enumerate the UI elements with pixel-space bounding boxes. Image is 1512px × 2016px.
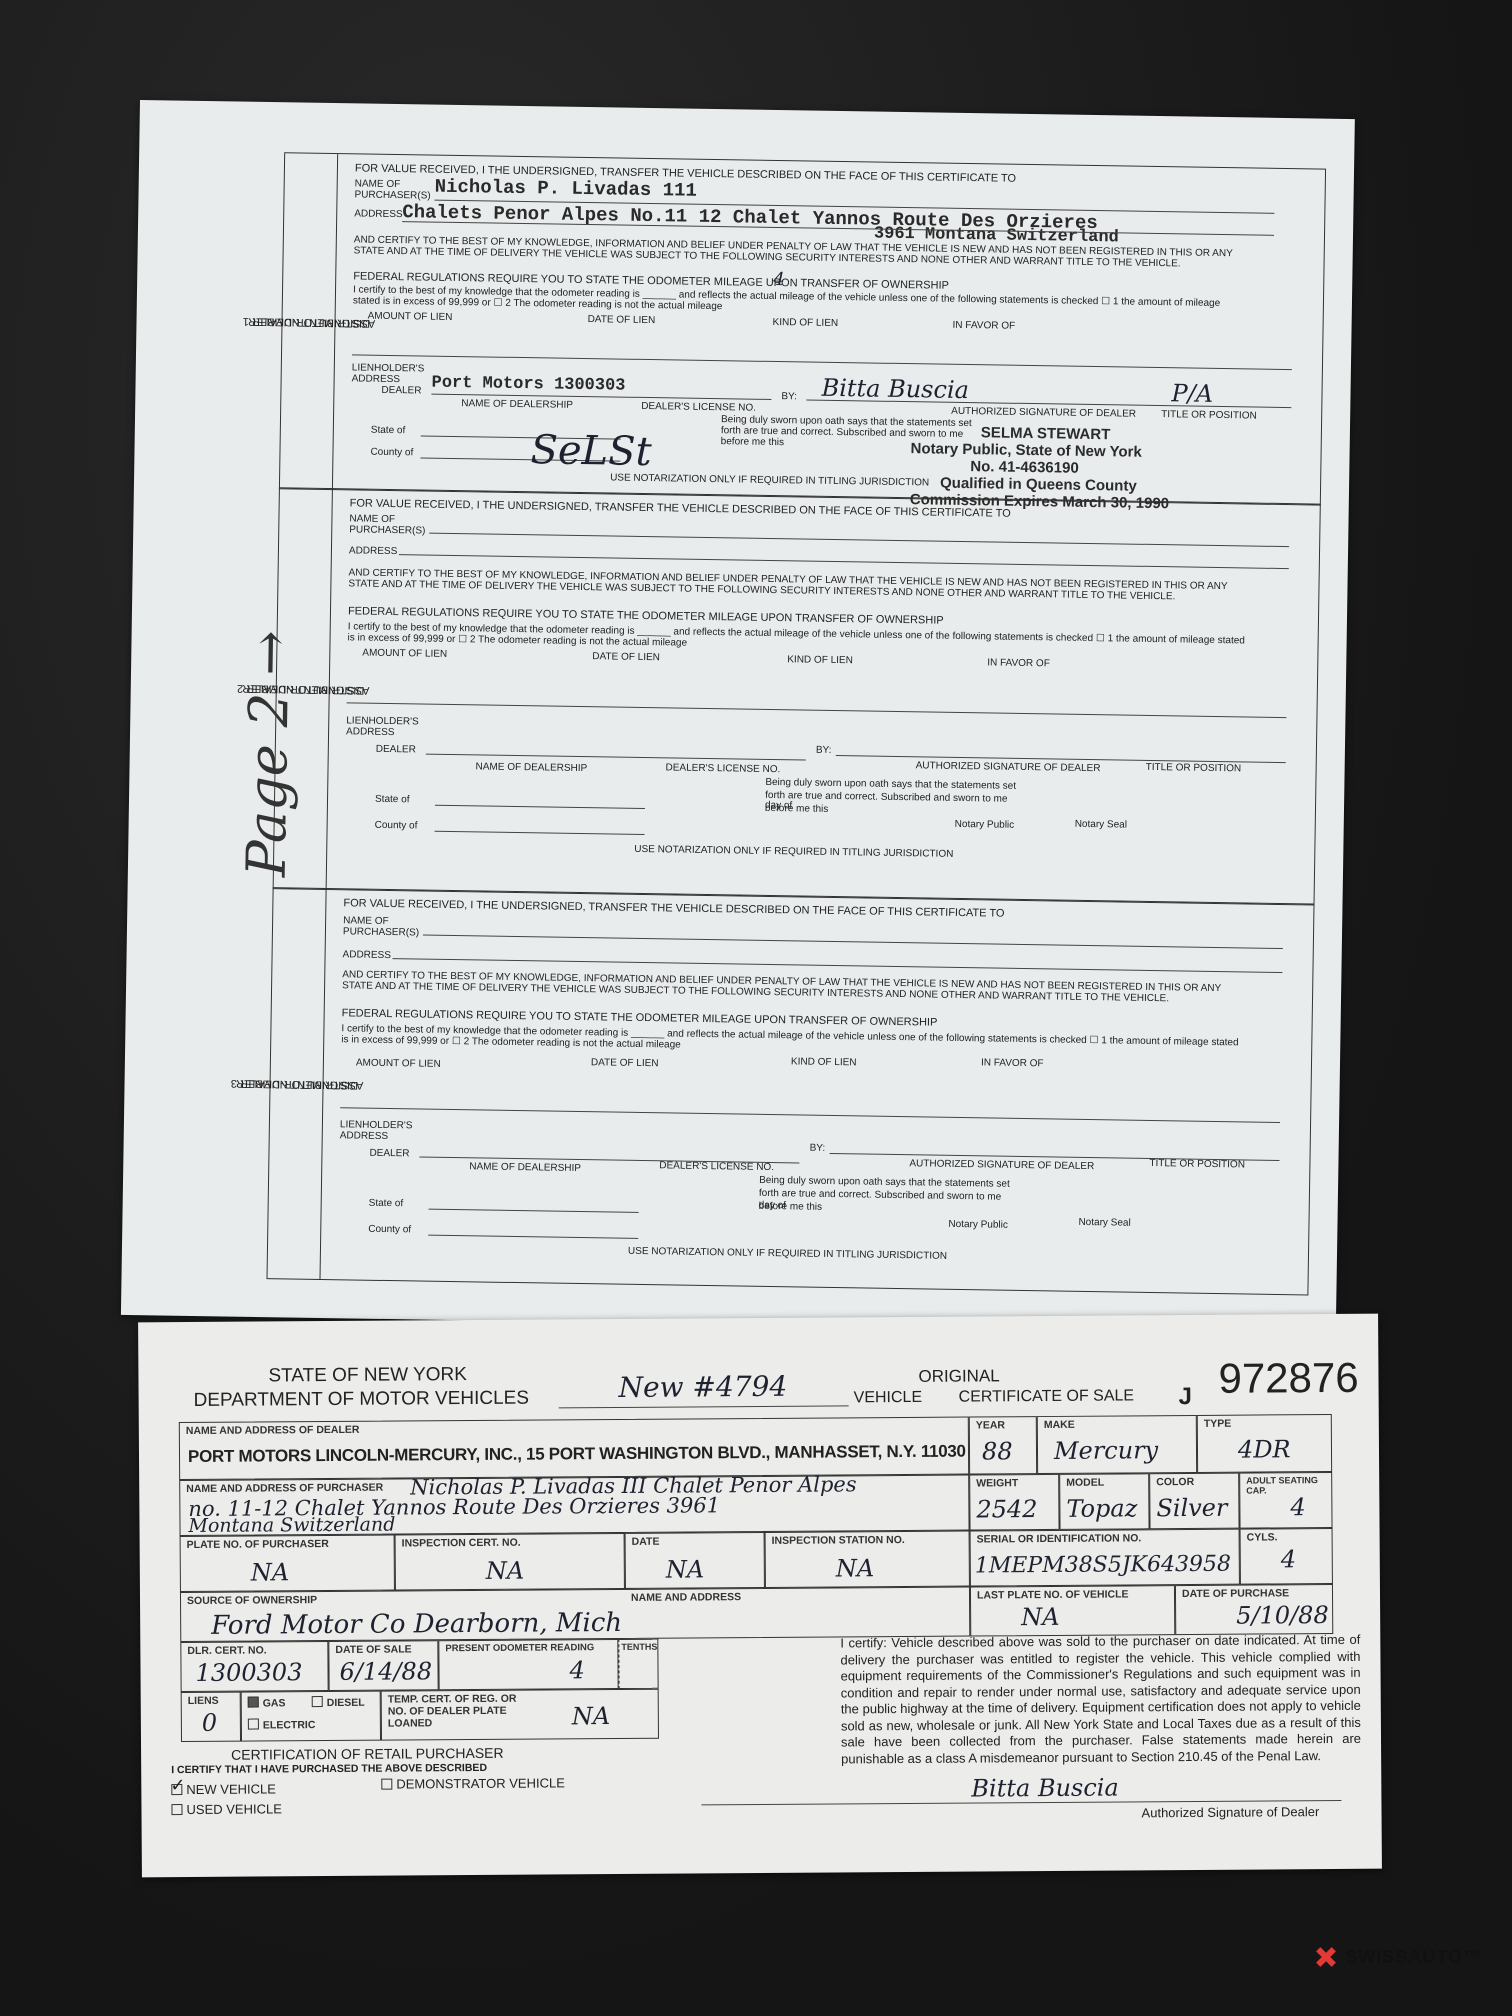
state-of-label: State of bbox=[371, 425, 406, 437]
last-plate-cell: LAST PLATE NO. OF VEHICLE NA bbox=[970, 1585, 1175, 1636]
state-heading: STATE OF NEW YORK bbox=[268, 1364, 467, 1387]
name-of-dealership-label: NAME OF DEALERSHIP bbox=[475, 761, 587, 774]
assignment-side-label: DISTRIBUTOR-DEALERASSIGNMENT NUMBER 1 bbox=[280, 153, 338, 489]
cylinders-cell: CYLS. 4 bbox=[1240, 1528, 1333, 1585]
assignment-side-label: DISTRIBUTOR-DEALERASSIGNMENT NUMBER 3 bbox=[268, 888, 327, 1279]
department-heading: DEPARTMENT OF MOTOR VEHICLES bbox=[194, 1388, 530, 1412]
state-of-label: State of bbox=[369, 1198, 404, 1210]
notary-seal-label: Notary Seal bbox=[1075, 819, 1127, 831]
by-label: BY: bbox=[810, 1143, 826, 1154]
name-of-dealership-label: NAME OF DEALERSHIP bbox=[469, 1161, 581, 1174]
dealer-cert-value[interactable]: 1300303 bbox=[195, 1658, 302, 1687]
make-cell: MAKE Mercury bbox=[1037, 1415, 1197, 1474]
lien-amount-header: AMOUNT OF LIEN bbox=[356, 1058, 441, 1070]
county-of-label: County of bbox=[368, 1224, 411, 1236]
dealer-license-label: DEALER'S LICENSE NO. bbox=[665, 762, 780, 775]
authorized-signature-label: AUTHORIZED SIGNATURE OF DEALER bbox=[916, 760, 1101, 774]
date-cell: DATE NA bbox=[625, 1532, 765, 1589]
county-of-label: County of bbox=[370, 447, 413, 459]
day-of-label: day of bbox=[759, 1200, 786, 1211]
odometer-certify-text: I certify to the best of my knowledge th… bbox=[341, 1023, 1241, 1059]
notarization-note: USE NOTARIZATION ONLY IF REQUIRED IN TIT… bbox=[610, 472, 929, 488]
model-value[interactable]: Topaz bbox=[1066, 1494, 1137, 1522]
fuel-gas-checkbox[interactable]: GAS bbox=[248, 1696, 286, 1709]
assignment-3: DISTRIBUTOR-DEALERASSIGNMENT NUMBER 3 FO… bbox=[266, 887, 1314, 1295]
dealer-cert-cell: DLR. CERT. NO. 1300303 bbox=[180, 1641, 328, 1692]
handwritten-stock-number[interactable]: New #4794 bbox=[618, 1370, 787, 1404]
liens-value[interactable]: 0 bbox=[202, 1709, 217, 1737]
new-vehicle-checkbox[interactable]: ✓NEW VEHICLE bbox=[171, 1781, 276, 1797]
inspection-station-cell: INSPECTION STATION NO. NA bbox=[765, 1531, 970, 1588]
dealer-signature-label: Authorized Signature of Dealer bbox=[1141, 1804, 1319, 1820]
color-cell: COLOR Silver bbox=[1149, 1473, 1239, 1530]
purchaser-name-label: NAME OF PURCHASER(S) bbox=[343, 915, 418, 938]
swissauto-watermark: SWISSAUTO™ bbox=[1315, 1946, 1482, 1968]
temp-cert-cell: TEMP. CERT. OF REG. OR NO. OF DEALER PLA… bbox=[381, 1689, 659, 1741]
lienholder-label: LIENHOLDER'S ADDRESS bbox=[352, 362, 432, 385]
assignment-page: Page 2 → DISTRIBUTOR-DEALERASSIGNMENT NU… bbox=[121, 100, 1355, 1334]
authorized-signature-label: AUTHORIZED SIGNATURE OF DEALER bbox=[909, 1158, 1094, 1172]
original-label: ORIGINAL bbox=[918, 1366, 999, 1387]
dealer-license-label: DEALER'S LICENSE NO. bbox=[641, 401, 756, 414]
retail-certification-subtitle: I CERTIFY THAT I HAVE PURCHASED THE ABOV… bbox=[171, 1762, 487, 1776]
tenths-cell: TENTHS bbox=[618, 1639, 658, 1689]
dealer-cell: NAME AND ADDRESS OF DEALER PORT MOTORS L… bbox=[179, 1417, 969, 1481]
county-of-field[interactable] bbox=[428, 1235, 638, 1239]
odometer-value[interactable]: 4 bbox=[569, 1656, 584, 1684]
liens-cell: LIENS 0 bbox=[181, 1692, 241, 1742]
lien-amount-header: AMOUNT OF LIEN bbox=[368, 311, 453, 323]
county-of-label: County of bbox=[375, 820, 418, 832]
lien-date-header: DATE OF LIEN bbox=[591, 1057, 659, 1069]
lien-favor-header: IN FAVOR OF bbox=[952, 320, 1015, 332]
lien-kind-header: KIND OF LIEN bbox=[772, 317, 838, 329]
lien-amount-header: AMOUNT OF LIEN bbox=[362, 648, 447, 660]
purchaser-line3[interactable]: Montana Switzerland bbox=[188, 1514, 395, 1537]
date-value[interactable]: NA bbox=[666, 1555, 705, 1583]
intro-text: FOR VALUE RECEIVED, I THE UNDERSIGNED, T… bbox=[343, 897, 1004, 919]
lienholder-label: LIENHOLDER'S ADDRESS bbox=[346, 715, 426, 738]
odometer-certify-text: I certify to the best of my knowledge th… bbox=[353, 284, 1233, 320]
state-of-field[interactable] bbox=[435, 805, 645, 809]
seating-cell: ADULT SEATING CAP. 4 bbox=[1239, 1472, 1332, 1529]
plate-value[interactable]: NA bbox=[251, 1558, 290, 1586]
type-cell: TYPE 4DR bbox=[1197, 1414, 1332, 1473]
assignment-1: DISTRIBUTOR-DEALERASSIGNMENT NUMBER 1 FO… bbox=[279, 152, 1326, 505]
inspection-station-value[interactable]: NA bbox=[836, 1554, 875, 1582]
certify-text: AND CERTIFY TO THE BEST OF MY KNOWLEDGE,… bbox=[342, 969, 1242, 1005]
certificate-serial-number: 972876 bbox=[1218, 1354, 1358, 1403]
dealer-name-address: PORT MOTORS LINCOLN-MERCURY, INC., 15 PO… bbox=[188, 1442, 966, 1467]
lien-kind-header: KIND OF LIEN bbox=[787, 654, 853, 666]
lien-date-header: DATE OF LIEN bbox=[588, 314, 656, 326]
model-cell: MODEL Topaz bbox=[1059, 1473, 1149, 1530]
fuel-diesel-checkbox[interactable]: DIESEL bbox=[312, 1696, 365, 1709]
dealer-label: DEALER bbox=[376, 744, 416, 756]
address-field[interactable] bbox=[393, 958, 1283, 973]
lien-favor-header: IN FAVOR OF bbox=[987, 657, 1050, 669]
dealer-signature[interactable]: Bitta Buscia bbox=[971, 1774, 1119, 1803]
by-label: BY: bbox=[816, 745, 832, 756]
purchaser-name-field[interactable] bbox=[429, 533, 1289, 548]
odometer-cell: PRESENT ODOMETER READING 4 bbox=[438, 1639, 618, 1690]
color-value[interactable]: Silver bbox=[1156, 1494, 1227, 1522]
vehicle-label: VEHICLE bbox=[854, 1389, 923, 1407]
dealer-label: DEALER bbox=[369, 1148, 409, 1160]
fuel-type-cell: GAS DIESEL ELECTRIC bbox=[241, 1691, 381, 1742]
serial-prefix: J bbox=[1179, 1383, 1193, 1411]
intro-text: FOR VALUE RECEIVED, I THE UNDERSIGNED, T… bbox=[350, 497, 1011, 519]
sale-date-value[interactable]: 6/14/88 bbox=[339, 1657, 432, 1686]
last-plate-value[interactable]: NA bbox=[1021, 1603, 1060, 1631]
dealer-value[interactable]: Port Motors 1300303 bbox=[431, 374, 625, 396]
sworn-text: Being duly sworn upon oath says that the… bbox=[765, 776, 1026, 819]
address-label: ADDRESS bbox=[354, 208, 403, 220]
purchase-date-cell: DATE OF PURCHASE 5/10/88 bbox=[1175, 1584, 1333, 1635]
demonstrator-vehicle-checkbox[interactable]: DEMONSTRATOR VEHICLE bbox=[381, 1775, 565, 1791]
county-of-field[interactable] bbox=[435, 831, 645, 835]
certificate-title: CERTIFICATE OF SALE bbox=[959, 1387, 1135, 1406]
seating-value[interactable]: 4 bbox=[1290, 1493, 1305, 1521]
assignment-side-label: DISTRIBUTOR-DEALERASSIGNMENT NUMBER 2 bbox=[274, 488, 333, 889]
purchaser-name-label: NAME OF PURCHASER(S) bbox=[354, 178, 429, 201]
name-of-dealership-label: NAME OF DEALERSHIP bbox=[461, 398, 573, 411]
cylinders-value[interactable]: 4 bbox=[1281, 1545, 1296, 1573]
odometer-certify-text: I certify to the best of my knowledge th… bbox=[347, 621, 1247, 657]
day-of-label: day of bbox=[765, 800, 792, 811]
lien-kind-header: KIND OF LIEN bbox=[791, 1056, 857, 1068]
title-position-label: TITLE OR POSITION bbox=[1146, 762, 1242, 774]
inspection-cert-value[interactable]: NA bbox=[486, 1557, 525, 1585]
weight-cell: WEIGHT 2542 bbox=[969, 1474, 1059, 1531]
state-of-label: State of bbox=[375, 794, 410, 806]
dealer-license-label: DEALER'S LICENSE NO. bbox=[659, 1160, 774, 1173]
state-of-field[interactable] bbox=[429, 1209, 639, 1213]
plate-cell: PLATE NO. OF PURCHASER NA bbox=[180, 1535, 395, 1592]
source-value[interactable]: Ford Motor Co Dearborn, Mich bbox=[211, 1608, 622, 1641]
certificate-of-sale: STATE OF NEW YORK DEPARTMENT OF MOTOR VE… bbox=[138, 1314, 1382, 1878]
swissauto-logo-icon bbox=[1311, 1941, 1342, 1972]
address-label: ADDRESS bbox=[349, 545, 398, 557]
by-label: BY: bbox=[781, 391, 797, 402]
title-position-label: TITLE OR POSITION bbox=[1161, 409, 1257, 421]
sale-date-cell: DATE OF SALE 6/14/88 bbox=[328, 1640, 438, 1691]
purchase-date-value[interactable]: 5/10/88 bbox=[1236, 1601, 1329, 1630]
address-label: ADDRESS bbox=[343, 949, 392, 961]
lien-date-header: DATE OF LIEN bbox=[592, 651, 660, 663]
title-position-label: TITLE OR POSITION bbox=[1149, 1158, 1245, 1170]
purchaser-name-value[interactable]: Nicholas P. Livadas 111 bbox=[435, 176, 698, 202]
lienholder-label: LIENHOLDER'S ADDRESS bbox=[340, 1119, 420, 1142]
weight-value[interactable]: 2542 bbox=[976, 1495, 1037, 1523]
vin-cell: SERIAL OR IDENTIFICATION NO. 1MEPM38S5JK… bbox=[970, 1529, 1240, 1587]
address-field[interactable] bbox=[399, 554, 1289, 569]
fuel-electric-checkbox[interactable]: ELECTRIC bbox=[248, 1718, 316, 1731]
purchaser-name-label: NAME OF PURCHASER(S) bbox=[349, 513, 424, 536]
notary-seal-label: Notary Seal bbox=[1078, 1217, 1130, 1229]
dealer-certification-text: I certify: Vehicle described above was s… bbox=[840, 1632, 1361, 1768]
vin-value[interactable]: 1MEPM38S5JK643958 bbox=[975, 1552, 1231, 1579]
inspection-cert-cell: INSPECTION CERT. NO. NA bbox=[395, 1533, 625, 1591]
purchaser-cell: NAME AND ADDRESS OF PURCHASER Nicholas P… bbox=[179, 1475, 969, 1537]
notary-public-label: Notary Public bbox=[948, 1219, 1008, 1231]
used-vehicle-checkbox[interactable]: USED VEHICLE bbox=[171, 1801, 281, 1817]
temp-cert-value[interactable]: NA bbox=[572, 1702, 611, 1730]
odometer-value[interactable]: 4 bbox=[773, 269, 785, 290]
notary-public-label: Notary Public bbox=[955, 819, 1015, 831]
assignment-2: DISTRIBUTOR-DEALERASSIGNMENT NUMBER 2 FO… bbox=[273, 487, 1321, 905]
dealer-field[interactable] bbox=[426, 754, 806, 761]
purchaser-name-field[interactable] bbox=[423, 935, 1283, 950]
lien-favor-header: IN FAVOR OF bbox=[981, 1057, 1044, 1069]
year-cell: YEAR 88 bbox=[969, 1416, 1037, 1474]
year-value[interactable]: 88 bbox=[982, 1437, 1013, 1465]
notarization-note: USE NOTARIZATION ONLY IF REQUIRED IN TIT… bbox=[628, 1246, 947, 1262]
title-value[interactable]: P/A bbox=[1171, 379, 1213, 408]
retail-certification-title: CERTIFICATION OF RETAIL PURCHASER bbox=[231, 1745, 504, 1763]
type-value[interactable]: 4DR bbox=[1238, 1435, 1291, 1463]
notarization-note: USE NOTARIZATION ONLY IF REQUIRED IN TIT… bbox=[634, 844, 953, 860]
notary-signature[interactable]: SeLSt bbox=[530, 427, 652, 475]
source-cell: SOURCE OF OWNERSHIP NAME AND ADDRESS For… bbox=[180, 1587, 970, 1643]
dealer-label: DEALER bbox=[381, 385, 421, 397]
sworn-text: Being duly sworn upon oath says that the… bbox=[759, 1174, 1020, 1217]
certify-text: AND CERTIFY TO THE BEST OF MY KNOWLEDGE,… bbox=[348, 567, 1248, 603]
make-value[interactable]: Mercury bbox=[1054, 1436, 1158, 1465]
